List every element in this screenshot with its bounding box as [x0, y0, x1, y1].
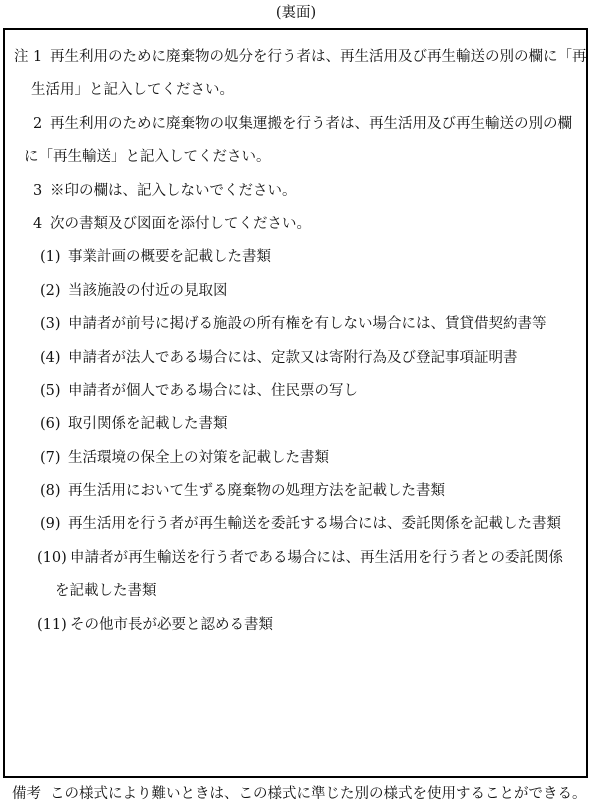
attachment-9-text: 再生活用を行う者が再生輸送を委託する場合には、委託関係を記載した書類 [68, 516, 561, 532]
attachment-3-text: 申請者が前号に掲げる施設の所有権を有しない場合には、賃貸借契約書等 [68, 316, 547, 332]
attachment-1-number: (1) [40, 241, 68, 274]
attachment-line-3: (3)申請者が前号に掲げる施設の所有権を有しない場合には、賃貸借契約書等 [5, 308, 586, 341]
attachment-4-text: 申請者が法人である場合には、定款又は寄附行為及び登記事項証明書 [68, 350, 518, 366]
attachment-7-number: (7) [40, 442, 68, 475]
attachment-5-number: (5) [40, 375, 68, 408]
attachment-6-text: 取引関係を記載した書類 [68, 416, 228, 432]
attachment-8-number: (8) [40, 475, 68, 508]
note-1-text: 再生利用のために廃棄物の処分を行う者は、再生活用及び再生輸送の別の欄に「再 [50, 49, 587, 65]
remark-text: この様式により難いときは、この様式に準じた別の様式を使用することができる。 [50, 786, 587, 802]
attachment-11-text: その他市長が必要と認める書類 [70, 617, 273, 633]
attachment-5-text: 申請者が個人である場合には、住民票の写し [68, 383, 358, 399]
note-2-number: 2 [33, 108, 50, 141]
attachment-line-2: (2)当該施設の付近の見取図 [5, 275, 586, 308]
note-line-1-cont: 生活用」と記入してください。 [5, 74, 586, 107]
attachment-11-number: (11) [37, 609, 70, 642]
attachment-1-text: 事業計画の概要を記載した書類 [68, 249, 271, 265]
attachment-line-8: (8)再生活用において生ずる廃棄物の処理方法を記載した書類 [5, 475, 586, 508]
attachment-line-4: (4)申請者が法人である場合には、定款又は寄附行為及び登記事項証明書 [5, 342, 586, 375]
attachment-line-5: (5)申請者が個人である場合には、住民票の写し [5, 375, 586, 408]
attachment-8-text: 再生活用において生ずる廃棄物の処理方法を記載した書類 [68, 483, 445, 499]
attachment-2-number: (2) [40, 275, 68, 308]
note-line-4: 4次の書類及び図面を添付してください。 [5, 208, 586, 241]
notes-box: 注1再生利用のために廃棄物の処分を行う者は、再生活用及び再生輸送の別の欄に「再 … [3, 28, 588, 778]
attachment-line-10: (10)申請者が再生輸送を行う者である場合には、再生活用を行う者との委託関係 [5, 542, 586, 575]
remark-line: 備考この様式により難いときは、この様式に準じた別の様式を使用することができる。 [0, 784, 592, 804]
attachment-7-text: 生活環境の保全上の対策を記載した書類 [68, 450, 329, 466]
attachment-4-number: (4) [40, 342, 68, 375]
attachment-3-number: (3) [40, 308, 68, 341]
note-line-2: 2再生利用のために廃棄物の収集運搬を行う者は、再生活用及び再生輸送の別の欄 [5, 108, 586, 141]
attachment-10-text-cont: を記載した書類 [55, 583, 157, 599]
note-3-number: 3 [33, 175, 50, 208]
attachment-2-text: 当該施設の付近の見取図 [68, 283, 228, 299]
note-4-number: 4 [33, 208, 50, 241]
note-4-text: 次の書類及び図面を添付してください。 [50, 216, 311, 232]
attachment-line-9: (9)再生活用を行う者が再生輸送を委託する場合には、委託関係を記載した書類 [5, 508, 586, 541]
remark-label: 備考 [12, 784, 50, 804]
note-3-text: ※印の欄は、記入しないでください。 [50, 183, 297, 199]
note-line-3: 3※印の欄は、記入しないでください。 [5, 175, 586, 208]
note-1-text-cont: 生活用」と記入してください。 [31, 82, 234, 98]
document-page: (裏面) 注1再生利用のために廃棄物の処分を行う者は、再生活用及び再生輸送の別の… [0, 0, 592, 804]
attachment-10-number: (10) [37, 542, 70, 575]
note-1-number: 1 [33, 41, 50, 74]
note-line-2-cont: に「再生輸送」と記入してください。 [5, 141, 586, 174]
note-2-text-cont: に「再生輸送」と記入してください。 [24, 149, 271, 165]
attachment-line-11: (11)その他市長が必要と認める書類 [5, 609, 586, 642]
note-line-1: 注1再生利用のために廃棄物の処分を行う者は、再生活用及び再生輸送の別の欄に「再 [5, 41, 586, 74]
attachment-10-text: 申請者が再生輸送を行う者である場合には、再生活用を行う者との委託関係 [70, 550, 563, 566]
attachment-line-6: (6)取引関係を記載した書類 [5, 408, 586, 441]
attachment-line-1: (1)事業計画の概要を記載した書類 [5, 241, 586, 274]
attachment-6-number: (6) [40, 408, 68, 441]
page-side-header: (裏面) [0, 0, 592, 28]
attachment-line-7: (7)生活環境の保全上の対策を記載した書類 [5, 442, 586, 475]
attachment-9-number: (9) [40, 508, 68, 541]
attachment-line-10-cont: を記載した書類 [5, 575, 586, 608]
notes-label: 注 [14, 41, 33, 74]
note-2-text: 再生利用のために廃棄物の収集運搬を行う者は、再生活用及び再生輸送の別の欄 [50, 116, 572, 132]
